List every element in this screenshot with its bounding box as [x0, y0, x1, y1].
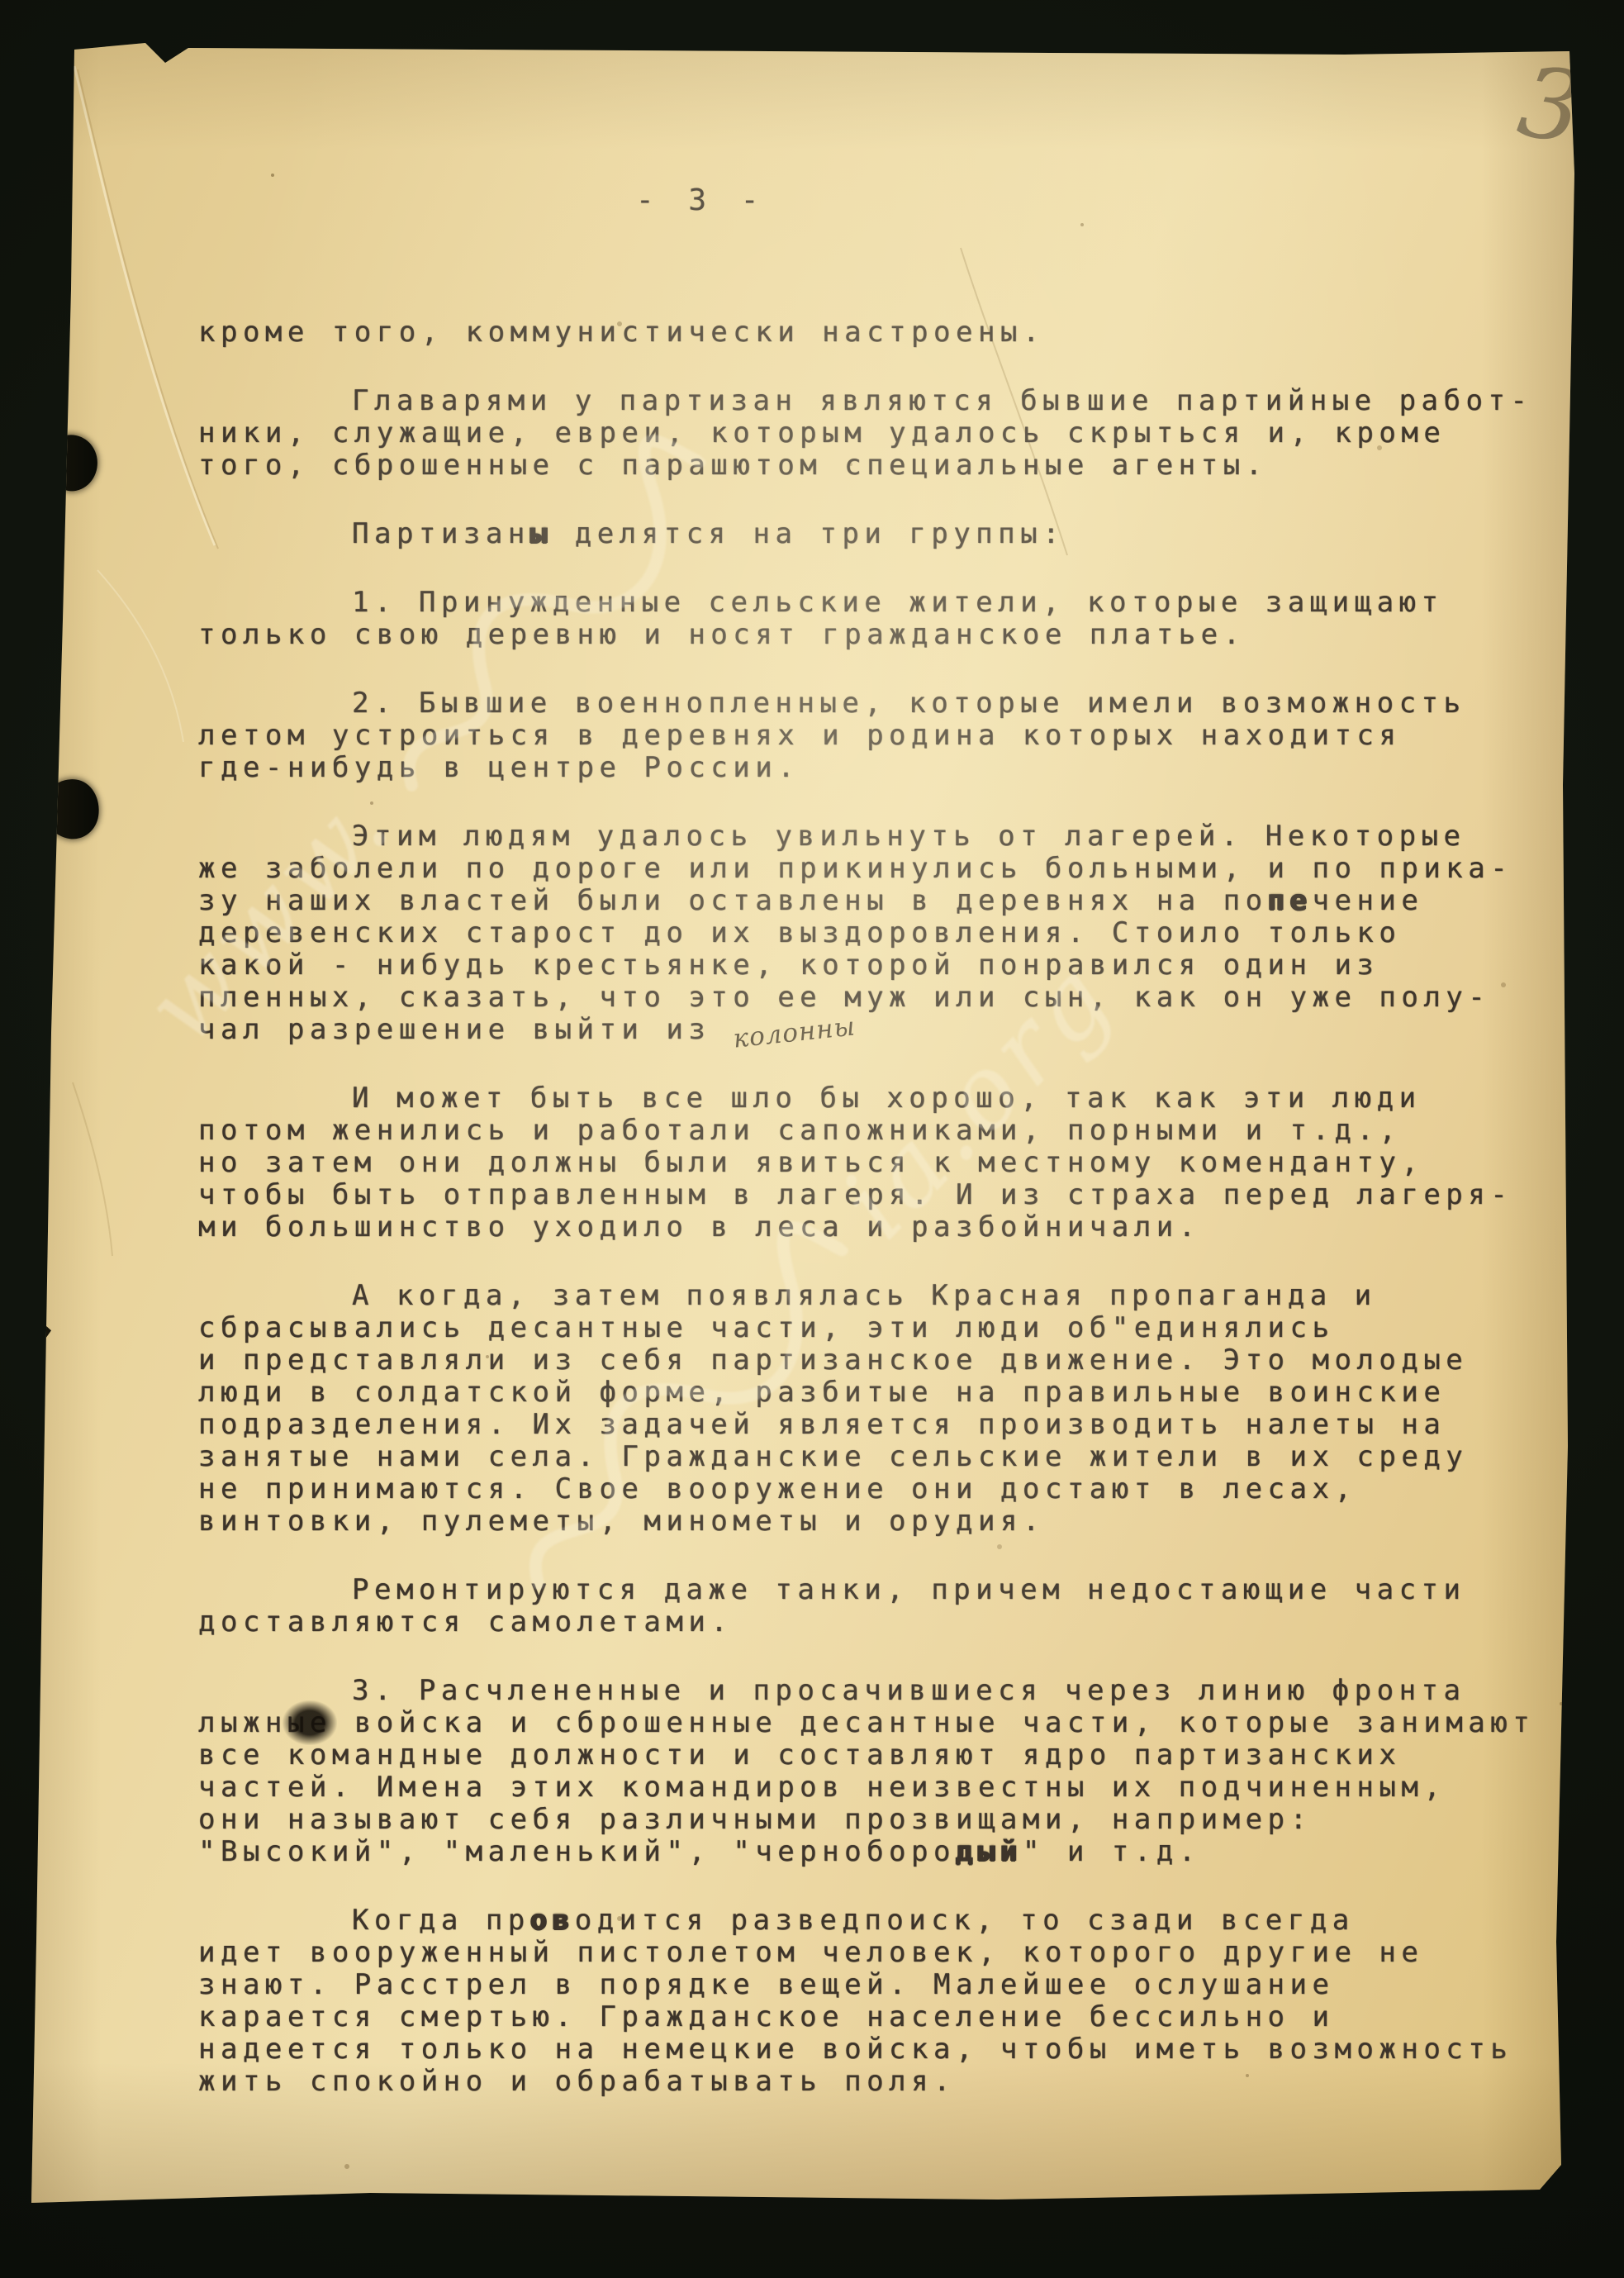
ink-blot: дый [956, 1835, 1023, 1868]
typed-line: же заболели по дороге или прикинулись бо… [198, 853, 1561, 885]
typed-line: того, сброшенные с парашютом специальные… [198, 449, 1561, 482]
paragraph: 2. Бывшие военнопленные, которые имели в… [198, 687, 1561, 784]
typed-line: 1. Принужденные сельские жители, которые… [198, 587, 1561, 619]
typed-line: А когда, затем появлялась Красная пропаг… [198, 1280, 1561, 1312]
typed-line: Партизаны делятся на три группы: [198, 518, 1561, 550]
paragraph: кроме того, коммунистически настроены. [198, 316, 1561, 349]
typed-text: кроме того, коммунистически настроены.Гл… [198, 316, 1561, 2134]
typed-line: не принимаются. Свое вооружение они дост… [198, 1473, 1561, 1505]
typed-line: И может быть все шло бы хорошо, так как … [198, 1082, 1561, 1115]
typed-line: Когда проводится разведпоиск, то сзади в… [198, 1905, 1561, 1937]
typed-line: ми большинство уходило в леса и разбойни… [198, 1211, 1561, 1244]
typed-line: лыжные войска и сброшенные десантные час… [198, 1707, 1561, 1739]
typed-line: винтовки, пулеметы, минометы и орудия. [198, 1505, 1561, 1538]
page-number: - 3 - [636, 183, 767, 217]
paragraph: Этим людям удалось увильнуть от лагерей.… [198, 820, 1561, 1046]
typed-line: летом устроиться в деревнях и родина кот… [198, 720, 1561, 752]
paragraph: 3. Расчлененные и просачившиеся через ли… [198, 1675, 1561, 1868]
typed-line: частей. Имена этих командиров неизвестны… [198, 1772, 1561, 1804]
paragraph: И может быть все шло бы хорошо, так как … [198, 1082, 1561, 1244]
typed-line: надеется только на немецкие войска, чтоб… [198, 2033, 1561, 2066]
ink-blot: ов [530, 1904, 575, 1937]
handwritten-page-number: 3 [1512, 44, 1591, 166]
ink-blot: ые [287, 1706, 332, 1739]
typed-line: карается смертью. Гражданское население … [198, 2001, 1561, 2033]
punch-hole [43, 430, 103, 496]
paragraph: Ремонтируются даже танки, причем недоста… [198, 1574, 1561, 1638]
paragraph: Партизаны делятся на три группы: [198, 518, 1561, 550]
ink-blot: пе [1268, 884, 1313, 917]
typed-line: сбрасывались десантные части, эти люди о… [198, 1312, 1561, 1344]
ink-blot: ы [530, 517, 553, 550]
typed-line: "Высокий", "маленький", "чернобородый" и… [198, 1836, 1561, 1868]
typed-line: Ремонтируются даже танки, причем недоста… [198, 1574, 1561, 1606]
typed-line: Главарями у партизан являются бывшие пар… [198, 385, 1561, 417]
typed-line: ники, служащие, евреи, которым удалось с… [198, 417, 1561, 449]
typed-line: занятые нами села. Гражданские сельские … [198, 1441, 1561, 1473]
typed-line: зу наших властей были оставлены в деревн… [198, 885, 1561, 917]
typed-line: и представляли из себя партизанское движ… [198, 1344, 1561, 1377]
typed-line: 3. Расчлененные и просачившиеся через ли… [198, 1675, 1561, 1707]
typed-line: все командные должности и составляют ядр… [198, 1739, 1561, 1772]
typed-line: жить спокойно и обрабатывать поля. [198, 2066, 1561, 2098]
typed-line: какой - нибудь крестьянке, которой понра… [198, 949, 1561, 982]
punch-hole [39, 776, 102, 843]
typed-line: идет вооруженный пистолетом человек, кот… [198, 1937, 1561, 1969]
paragraph: Когда проводится разведпоиск, то сзади в… [198, 1905, 1561, 2098]
handwritten-word: колонны [732, 1011, 857, 1055]
typed-line: пленных, сказать, что это ее муж или сын… [198, 982, 1561, 1014]
torn-edge-notch [21, 1304, 51, 1380]
paragraph: А когда, затем появлялась Красная пропаг… [198, 1280, 1561, 1538]
typed-line: чал разрешение выйти из колонны [198, 1014, 1561, 1046]
typed-line: кроме того, коммунистически настроены. [198, 316, 1561, 349]
typed-line: они называют себя различными прозвищами,… [198, 1804, 1561, 1836]
typed-line: доставляются самолетами. [198, 1606, 1561, 1638]
typed-line: Этим людям удалось увильнуть от лагерей.… [198, 820, 1561, 853]
typed-line: люди в солдатской форме, разбитые на пра… [198, 1377, 1561, 1409]
paper-specks [271, 174, 274, 177]
typed-line: где-нибудь в центре России. [198, 752, 1561, 784]
paper-sheet: - 3 - 3 кроме того, коммунистически наст… [23, 41, 1574, 2214]
typed-line: 2. Бывшие военнопленные, которые имели в… [198, 687, 1561, 720]
typed-line: потом женились и работали сапожниками, п… [198, 1115, 1561, 1147]
typed-line: подразделения. Их задачей является произ… [198, 1409, 1561, 1441]
typed-line: знают. Расстрел в порядке вещей. Малейше… [198, 1969, 1561, 2001]
typed-line: чтобы быть отправленным в лагеря. И из с… [198, 1179, 1561, 1211]
typed-line: но затем они должны были явиться к местн… [198, 1147, 1561, 1179]
typed-line: деревенских старост до их выздоровления.… [198, 917, 1561, 949]
paragraph: Главарями у партизан являются бывшие пар… [198, 385, 1561, 482]
typed-line: только свою деревню и носят гражданское … [198, 619, 1561, 651]
paragraph: 1. Принужденные сельские жители, которые… [198, 587, 1561, 651]
